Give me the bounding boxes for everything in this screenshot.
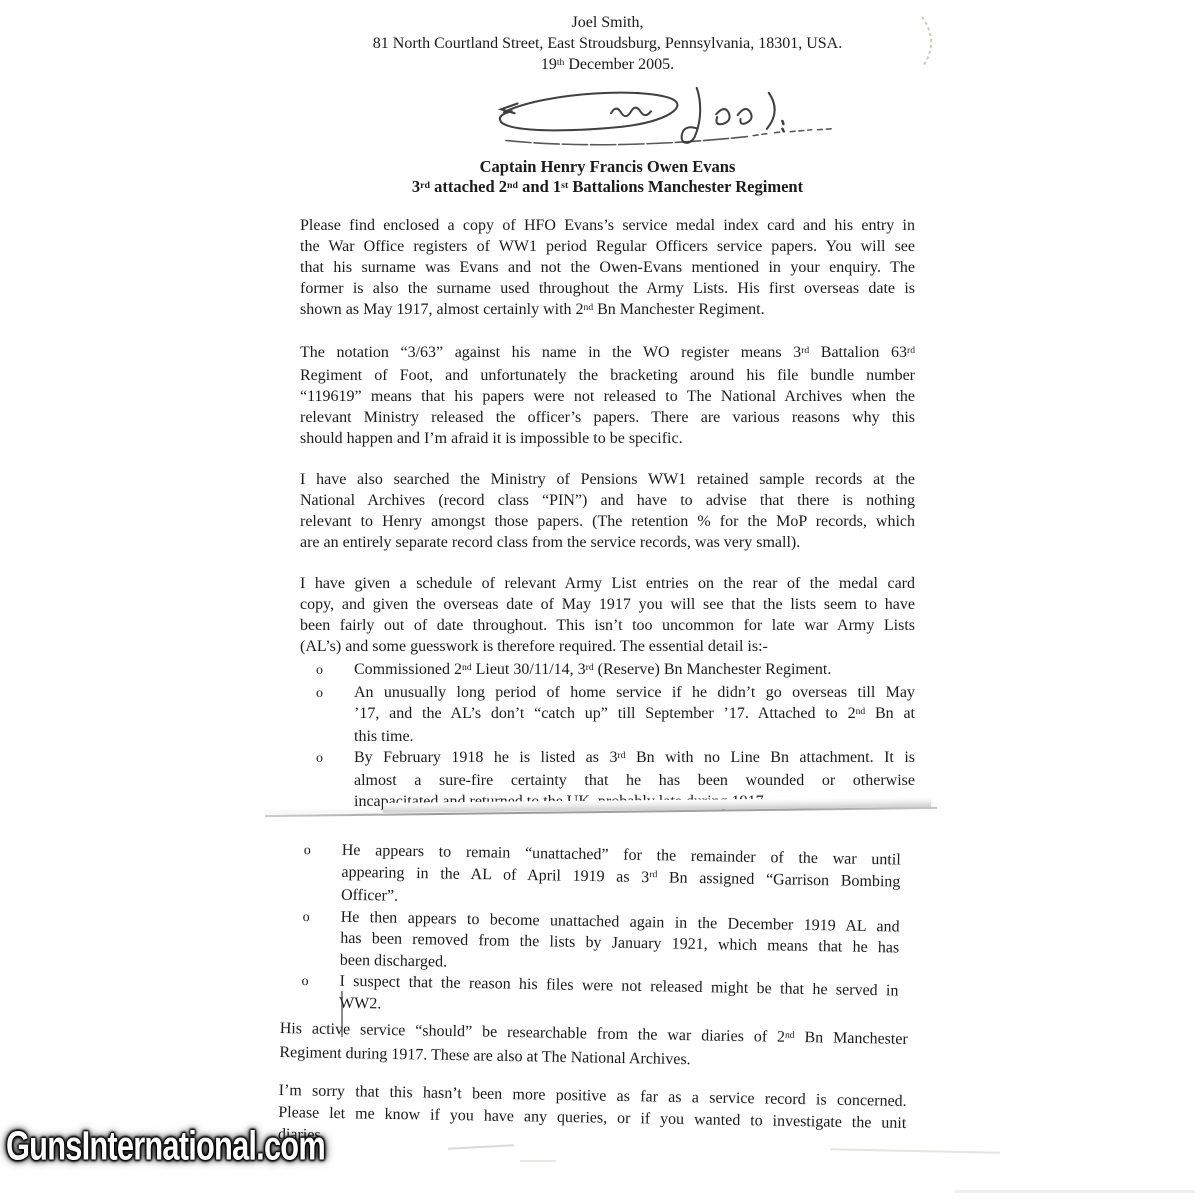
paragraphs-upper-section: Please find enclosed a copy of HFO Evans… (300, 215, 915, 657)
bullet-marker-icon: o (298, 905, 341, 970)
text-line: The notation “3/63” against his name in … (300, 342, 915, 365)
text-line: Regiment of Foot, and unfortunately the … (300, 365, 915, 386)
text-line: By February 1918 he is listed as 3rd Bn … (354, 747, 915, 770)
text-line: relevant Ministry released the officer’s… (300, 407, 915, 428)
watermark-text: GunsInternational.com (6, 1124, 325, 1170)
sender-address: 81 North Courtland Street, East Stroudsb… (300, 33, 915, 54)
text-line: that his surname was Evans and not the O… (300, 257, 915, 278)
paragraph: His active service “should” be researcha… (279, 1018, 908, 1075)
text-line: Please find enclosed a copy of HFO Evans… (300, 215, 915, 236)
subject-name: Captain Henry Francis Owen Evans (300, 157, 915, 177)
bullet-marker-icon: o (297, 970, 340, 1014)
bullet-marker-icon: o (312, 682, 354, 747)
text-line: incapacitated and returned to the UK, pr… (354, 791, 915, 812)
text-line: are an entirely separate record class fr… (300, 532, 915, 553)
bullet-marker-icon: o (299, 839, 342, 906)
text-line: should happen and I’m afraid it is impos… (300, 428, 915, 449)
scanned-letter-page: Joel Smith, 81 North Courtland Street, E… (0, 0, 1200, 1200)
text-line: An unusually long period of home service… (354, 682, 915, 703)
paragraph: I have also searched the Ministry of Pen… (300, 469, 915, 553)
sender-name: Joel Smith, (300, 12, 915, 33)
paragraph: Please find enclosed a copy of HFO Evans… (300, 215, 915, 322)
bullet-marker-icon: o (312, 747, 354, 812)
pencil-stray-mark (916, 14, 950, 70)
text-line: “119619” means that his papers were not … (300, 386, 915, 407)
text-line: (AL’s) and some guesswork is therefore r… (300, 636, 915, 657)
bullet-item: o I suspect that the reason his files we… (297, 970, 899, 1023)
paragraph: The notation “3/63” against his name in … (300, 342, 915, 449)
text-line: Commissioned 2nd Lieut 30/11/14, 3rd (Re… (354, 659, 915, 682)
text-line: I have also searched the Ministry of Pen… (300, 469, 915, 490)
text-line: former is also the surname used througho… (300, 278, 915, 299)
bullet-item: o An unusually long period of home servi… (312, 682, 915, 747)
text-line: this time. (354, 726, 915, 747)
text-line: shown as May 1917, almost certainly with… (300, 299, 915, 322)
bullet-item: o He appears to remain “unattached” for … (299, 839, 901, 916)
text-line: been fairly out of date throughout. This… (300, 615, 915, 636)
text-line: I have given a schedule of relevant Army… (300, 573, 915, 594)
bullet-marker-icon: o (312, 659, 354, 682)
bullet-item: o He then appears to become unattached a… (298, 905, 900, 980)
paragraph: I’m sorry that this hasn’t been more pos… (278, 1080, 907, 1157)
bullet-list-lower: o He appears to remain “unattached” for … (297, 839, 901, 1023)
bullet-item: o Commissioned 2nd Lieut 30/11/14, 3rd (… (312, 659, 915, 682)
bullet-item: o By February 1918 he is listed as 3rd B… (312, 747, 915, 812)
sender-date: 19th December 2005. (300, 54, 915, 77)
scan-line-artifact (341, 991, 343, 1037)
text-line: copy, and given the overseas date of May… (300, 594, 915, 615)
text-line: the War Office registers of WW1 period R… (300, 236, 915, 257)
scan-smudge (955, 1190, 1195, 1193)
scan-smudge (520, 1160, 556, 1162)
paragraphs-lower-section: His active service “should” be researcha… (278, 1018, 908, 1157)
text-line: National Archives (record class “PIN”) a… (300, 490, 915, 511)
text-line: ’17, and the AL’s don’t “catch up” till … (354, 703, 915, 726)
letter-subject: Captain Henry Francis Owen Evans 3rd att… (300, 157, 915, 200)
text-line: relevant to Henry amongst those papers. … (300, 511, 915, 532)
bullet-list-upper: o Commissioned 2nd Lieut 30/11/14, 3rd (… (312, 659, 915, 812)
paragraph: I have given a schedule of relevant Army… (300, 573, 915, 657)
subject-unit: 3rd attached 2nd and 1st Battalions Manc… (300, 177, 915, 200)
signature (452, 84, 848, 158)
text-line: almost a sure-fire certainty that he has… (354, 770, 915, 791)
letter-header: Joel Smith, 81 North Courtland Street, E… (300, 12, 915, 77)
